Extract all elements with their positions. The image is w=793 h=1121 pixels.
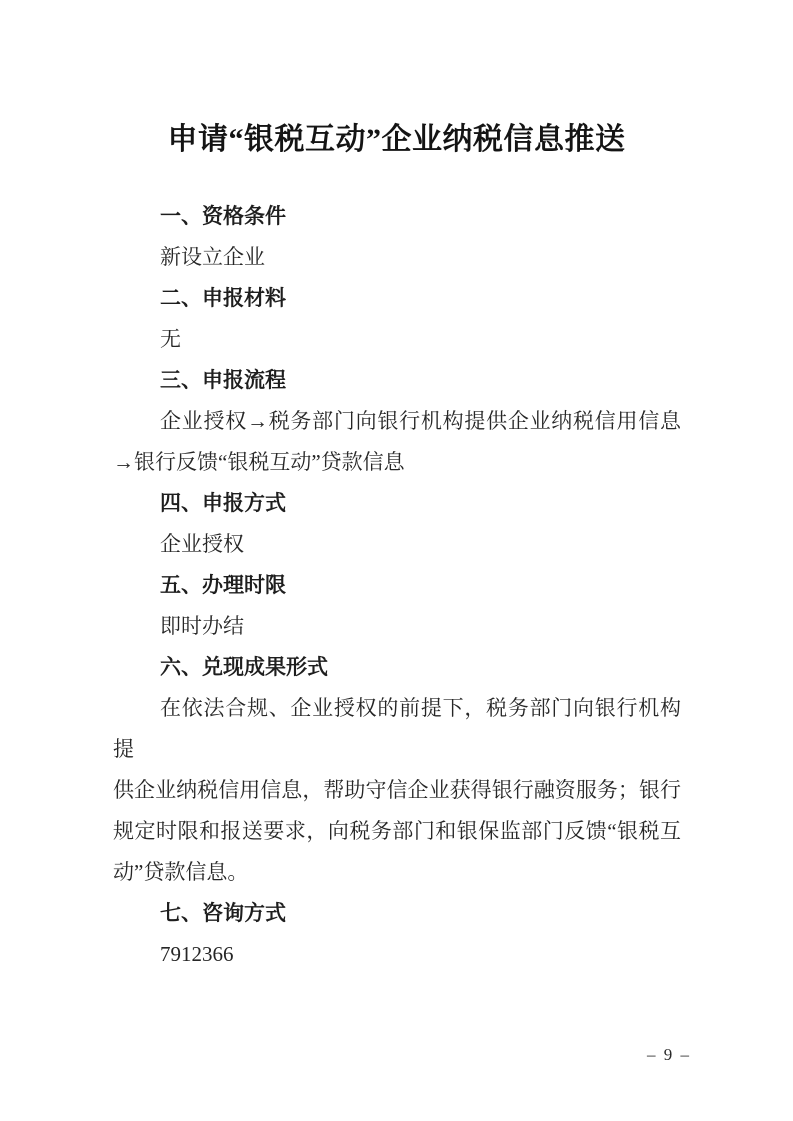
body-line: 企业授权→税务部门向银行机构提供企业纳税信用信息 bbox=[113, 401, 681, 442]
document-page: 申请“银税互动”企业纳税信息推送 一、资格条件 新设立企业 二、申报材料 无 三… bbox=[0, 0, 793, 1121]
section-heading-consultation: 七、咨询方式 bbox=[113, 893, 681, 934]
body-line: 新设立企业 bbox=[113, 237, 681, 278]
body-line: 企业授权 bbox=[113, 524, 681, 565]
section-heading-result-form: 六、兑现成果形式 bbox=[113, 647, 681, 688]
section-heading-materials: 二、申报材料 bbox=[113, 278, 681, 319]
body-line: 规定时限和报送要求，向税务部门和银保监部门反馈“银税互 bbox=[113, 811, 681, 852]
page-number: – 9 – bbox=[647, 1044, 691, 1066]
body-line: 无 bbox=[113, 319, 681, 360]
section-heading-time-limit: 五、办理时限 bbox=[113, 565, 681, 606]
document-title: 申请“银税互动”企业纳税信息推送 bbox=[40, 118, 753, 162]
body-line: 即时办结 bbox=[113, 606, 681, 647]
body-line: 在依法合规、企业授权的前提下，税务部门向银行机构提 bbox=[113, 688, 681, 770]
body-line: →银行反馈“银税互动”贷款信息 bbox=[113, 442, 681, 483]
section-heading-method: 四、申报方式 bbox=[113, 483, 681, 524]
document-body: 一、资格条件 新设立企业 二、申报材料 无 三、申报流程 企业授权→税务部门向银… bbox=[113, 196, 681, 975]
body-line-phone: 7912366 bbox=[113, 934, 681, 975]
body-line: 动”贷款信息。 bbox=[113, 852, 681, 893]
body-line: 供企业纳税信用信息，帮助守信企业获得银行融资服务；银行 bbox=[113, 770, 681, 811]
section-heading-qualification: 一、资格条件 bbox=[113, 196, 681, 237]
section-heading-process: 三、申报流程 bbox=[113, 360, 681, 401]
